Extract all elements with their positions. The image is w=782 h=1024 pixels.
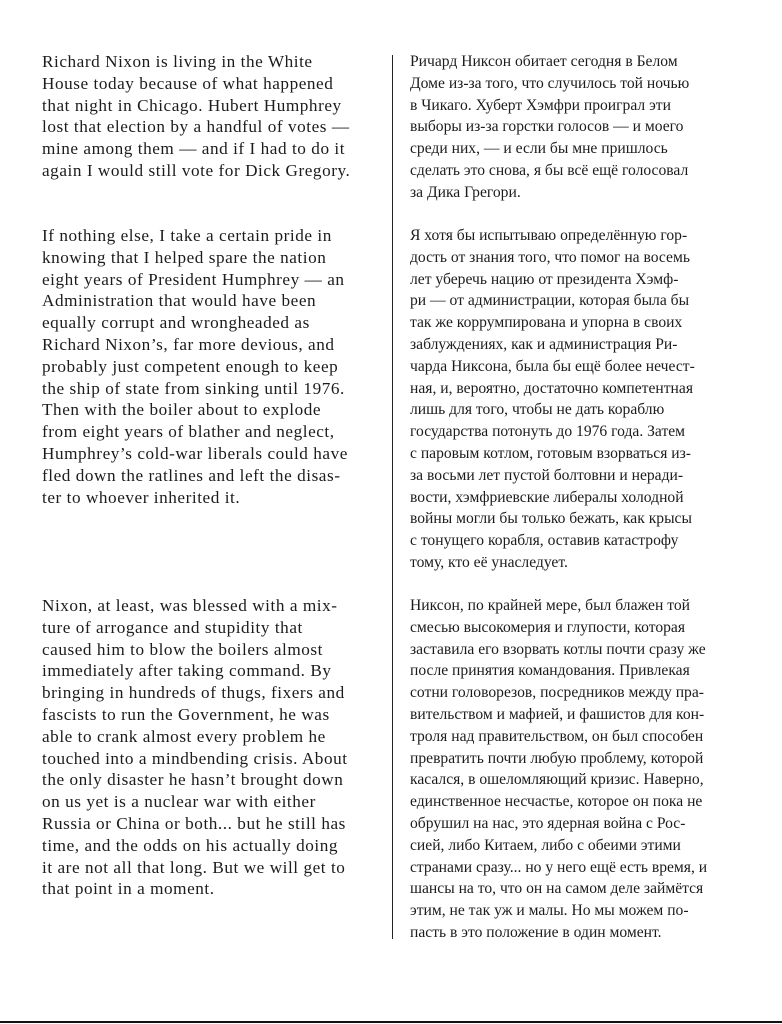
bilingual-page: Richard Nixon is living in the White Hou… bbox=[0, 0, 782, 1024]
english-paragraph-3: Nixon, at least, was blessed with a mix-… bbox=[42, 595, 387, 900]
page-bottom-rule bbox=[0, 1021, 782, 1023]
english-paragraph-2: If nothing else, I take a certain pride … bbox=[42, 225, 387, 508]
column-divider bbox=[392, 55, 393, 939]
russian-paragraph-2: Я хотя бы испытываю определённую гор- до… bbox=[410, 225, 755, 574]
russian-paragraph-1: Ричард Никсон обитает сегодня в Белом До… bbox=[410, 51, 755, 204]
english-paragraph-1: Richard Nixon is living in the White Hou… bbox=[42, 51, 387, 182]
russian-paragraph-3: Никсон, по крайней мере, был блажен той … bbox=[410, 595, 755, 944]
